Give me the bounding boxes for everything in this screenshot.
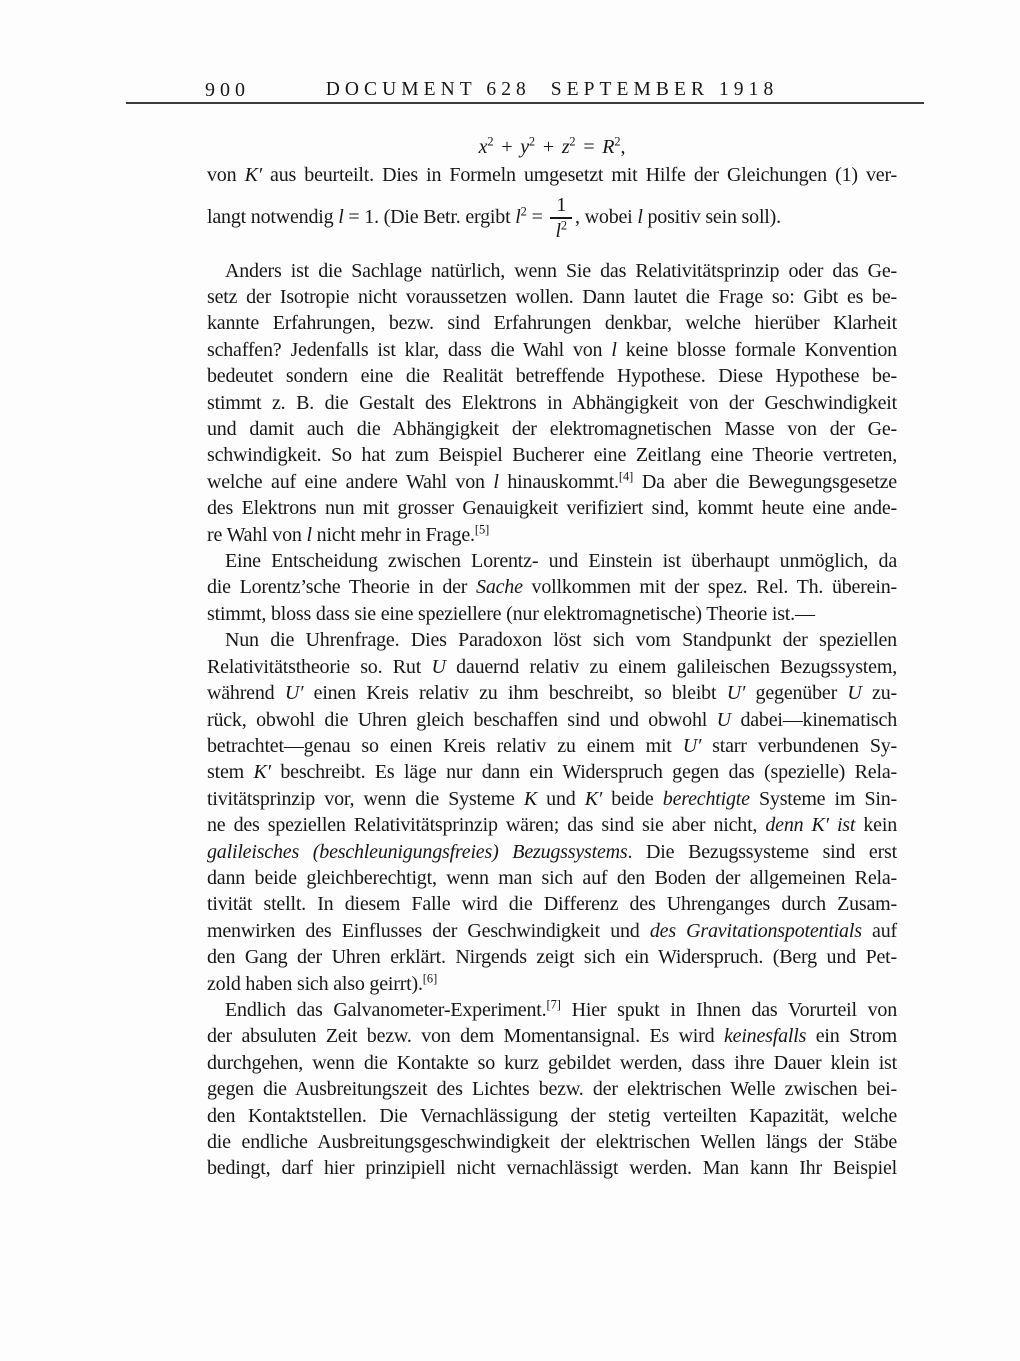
text-line: stem K′ beschreibt. Es läge nur dann ein… <box>207 759 897 785</box>
text-line: kannte Erfahrungen, bezw. sind Erfahrung… <box>207 310 897 336</box>
header-title: DOCUMENT 628 SEPTEMBER 1918 <box>207 79 897 101</box>
fraction: 1l2 <box>550 194 572 243</box>
text-line: schwindigkeit. So hat zum Beispiel Buche… <box>207 442 897 468</box>
text-line: welche auf eine andere Wahl von l hinaus… <box>207 469 897 495</box>
formula-text: langt notwendig l = 1. (Die Betr. ergibt… <box>207 206 547 228</box>
fraction-denominator: l2 <box>550 219 572 242</box>
text-line: bedingt, darf hier prinzipiell nicht ver… <box>207 1155 897 1181</box>
text-line: re Wahl von l nicht mehr in Frage.[5] <box>207 522 897 548</box>
text-line: Nun die Uhrenfrage. Dies Paradoxon löst … <box>207 627 897 653</box>
formula-text: , wobei l positiv sein soll). <box>575 206 781 228</box>
text-line: des Elektrons nun mit grosser Genauigkei… <box>207 495 897 521</box>
text-line: bedeutet sondern eine die Realität betre… <box>207 363 897 389</box>
paragraph: Nun die Uhrenfrage. Dies Paradoxon löst … <box>207 627 897 997</box>
paragraph: Anders ist die Sachlage natürlich, wenn … <box>207 258 897 548</box>
scanned-page: 900 DOCUMENT 628 SEPTEMBER 1918 x2 + y2 … <box>0 0 1020 1361</box>
paragraph: Endlich das Galvanometer-Experiment.[7] … <box>207 997 897 1182</box>
text-line: Eine Entscheidung zwischen Lorentz- und … <box>207 548 897 574</box>
document-body: x2 + y2 + z2 = R2,von K′ aus beurteilt. … <box>207 128 897 1182</box>
text-line: tivitätsprinzip vor, wenn die Systeme K … <box>207 786 897 812</box>
text-line: galileisches (beschleunigungsfreies) Bez… <box>207 839 897 865</box>
display-formula: x2 + y2 + z2 = R2, <box>207 134 897 160</box>
text-line: zold haben sich also geirrt).[6] <box>207 971 897 997</box>
text-line: stimmt, bloss dass sie eine speziellere … <box>207 601 897 627</box>
paragraph: Eine Entscheidung zwischen Lorentz- und … <box>207 548 897 627</box>
text-line: der absuluten Zeit bezw. von dem Momenta… <box>207 1023 897 1049</box>
text-line: rück, obwohl die Uhren gleich beschaffen… <box>207 707 897 733</box>
fraction-numerator: 1 <box>550 194 572 217</box>
text-line: Relativitätstheorie so. Rut U dauernd re… <box>207 654 897 680</box>
text-line: ne des speziellen Relativitätsprinzip wä… <box>207 812 897 838</box>
text-line: während U′ einen Kreis relativ zu ihm be… <box>207 680 897 706</box>
text-line: setz der Isotropie nicht voraussetzen wo… <box>207 284 897 310</box>
text-line: dann beide gleichberechtigt, wenn man si… <box>207 865 897 891</box>
text-line: und damit auch die Abhängigkeit der elek… <box>207 416 897 442</box>
text-line: von K′ aus beurteilt. Dies in Formeln um… <box>207 162 897 188</box>
header-rule <box>126 102 924 104</box>
text-line: tivität stellt. In diesem Falle wird die… <box>207 891 897 917</box>
text-line: Endlich das Galvanometer-Experiment.[7] … <box>207 997 897 1023</box>
text-line: betrachtet—genau so einen Kreis relativ … <box>207 733 897 759</box>
text-line: durchgehen, wenn die Kontakte so kurz ge… <box>207 1050 897 1076</box>
text-line: Anders ist die Sachlage natürlich, wenn … <box>207 258 897 284</box>
paragraph: von K′ aus beurteilt. Dies in Formeln um… <box>207 162 897 188</box>
text-line: schaffen? Jedenfalls ist klar, dass die … <box>207 337 897 363</box>
text-line: menwirken des Einflusses der Geschwindig… <box>207 918 897 944</box>
text-line: den Gang der Uhren erklärt. Nirgends zei… <box>207 944 897 970</box>
formula-line: langt notwendig l = 1. (Die Betr. ergibt… <box>207 194 897 243</box>
text-line: die endliche Ausbreitungsgeschwindigkeit… <box>207 1129 897 1155</box>
text-line: die Lorentz’sche Theorie in der Sache vo… <box>207 574 897 600</box>
text-line: den Kontaktstellen. Die Vernachlässigung… <box>207 1103 897 1129</box>
text-line: stimmt z. B. die Gestalt des Elektrons i… <box>207 390 897 416</box>
text-line: gegen die Ausbreitungszeit des Lichtes b… <box>207 1076 897 1102</box>
